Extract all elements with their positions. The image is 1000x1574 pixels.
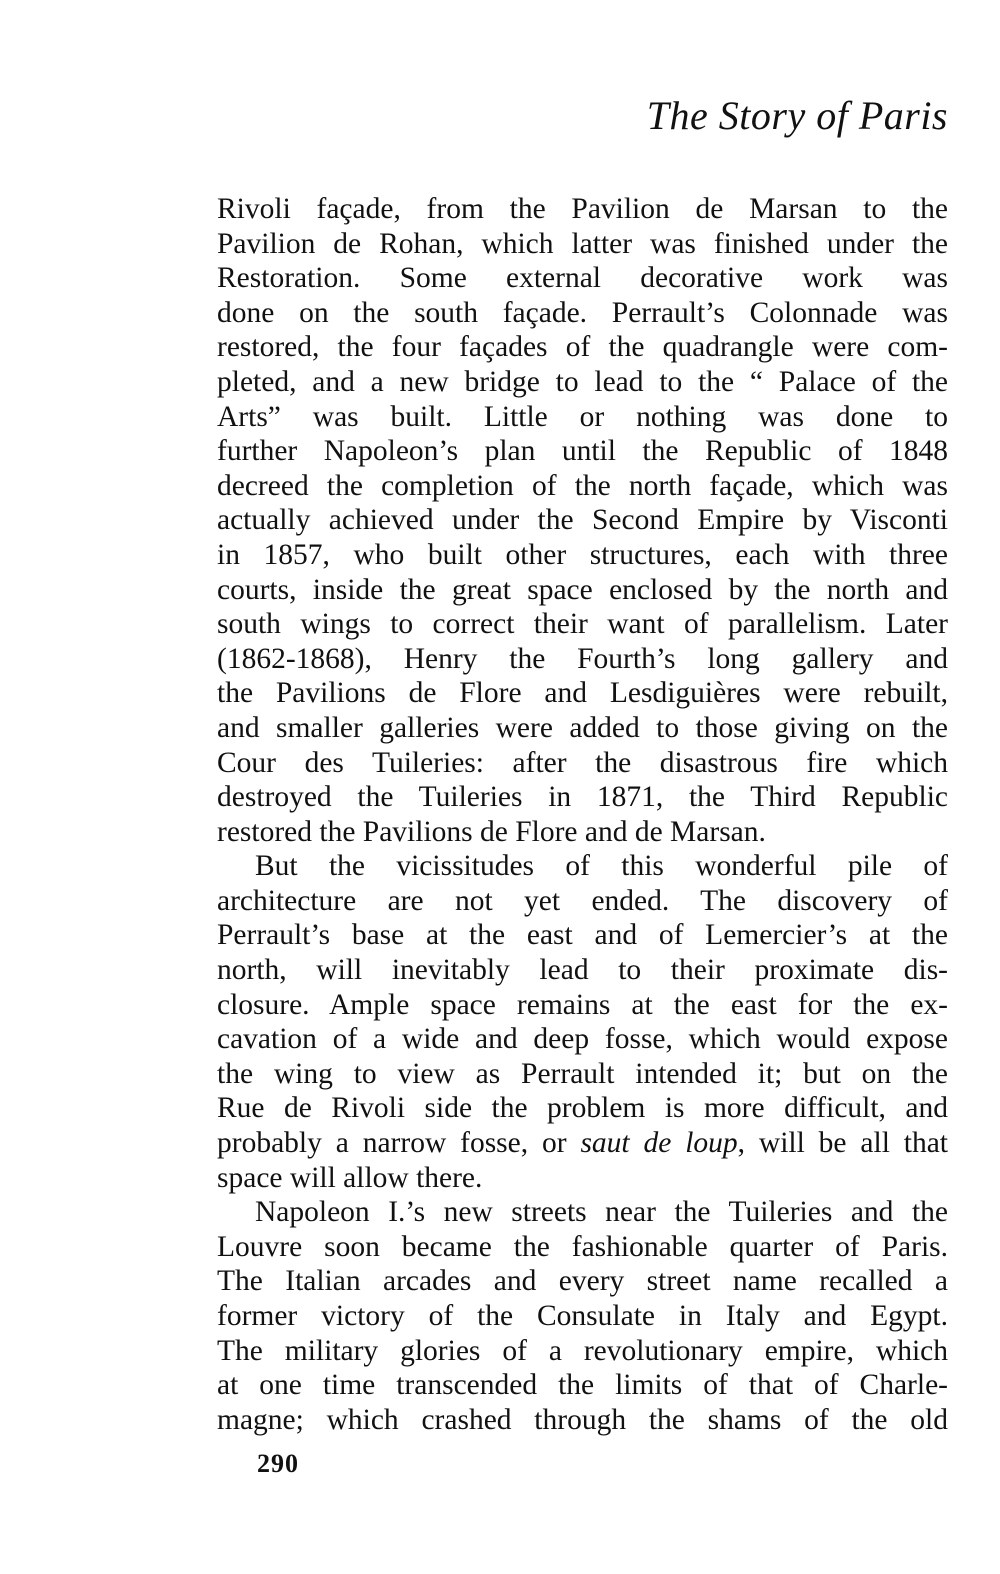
text-line: done on the south façade. Perrault’s Col… <box>217 296 948 331</box>
paragraph-start-line: But the vicissitudes of this wonderful p… <box>217 849 948 884</box>
text-line: the wing to view as Perrault intended it… <box>217 1057 948 1092</box>
text-line: destroyed the Tuileries in 1871, the Thi… <box>217 780 948 815</box>
text-line: north, will inevitably lead to their pro… <box>217 953 948 988</box>
text-line: former victory of the Consulate in Italy… <box>217 1299 948 1334</box>
text-line: Louvre soon became the fashionable quart… <box>217 1230 948 1265</box>
text-line: (1862-1868), Henry the Fourth’s long gal… <box>217 642 948 677</box>
paragraph-start-line: Napoleon I.’s new streets near the Tuile… <box>217 1195 948 1230</box>
text-line: at one time transcended the limits of th… <box>217 1368 948 1403</box>
italic-phrase: saut de loup <box>580 1127 737 1159</box>
text-line: Pavilion de Rohan, which latter was fini… <box>217 227 948 262</box>
text-line: cavation of a wide and deep fosse, which… <box>217 1022 948 1057</box>
body-text: Rivoli façade, from the Pavilion de Mars… <box>217 192 948 1437</box>
text-line: magne; which crashed through the shams o… <box>217 1403 948 1438</box>
text-segment: probably a narrow fosse, or <box>217 1127 580 1159</box>
text-line: Cour des Tuileries: after the disastrous… <box>217 746 948 781</box>
text-line: restored, the four façades of the quadra… <box>217 330 948 365</box>
text-line: actually achieved under the Second Empir… <box>217 503 948 538</box>
text-line: and smaller galleries were added to thos… <box>217 711 948 746</box>
paragraph-end-line: space will allow there. <box>217 1161 948 1196</box>
running-title: The Story of Paris <box>647 96 948 136</box>
text-line: the Pavilions de Flore and Lesdiguières … <box>217 676 948 711</box>
text-line: The military glories of a revolutionary … <box>217 1334 948 1369</box>
text-line: Restoration. Some external decorative wo… <box>217 261 948 296</box>
text-line: south wings to correct their want of par… <box>217 607 948 642</box>
text-segment: , will be all that <box>738 1127 948 1159</box>
text-line: decreed the completion of the north faça… <box>217 469 948 504</box>
text-line: pleted, and a new bridge to lead to the … <box>217 365 948 400</box>
text-line: Arts” was built. Little or nothing was d… <box>217 400 948 435</box>
text-line: Rue de Rivoli side the problem is more d… <box>217 1091 948 1126</box>
text-line: closure. Ample space remains at the east… <box>217 988 948 1023</box>
text-line: Rivoli façade, from the Pavilion de Mars… <box>217 192 948 227</box>
page-number: 290 <box>257 1449 299 1479</box>
text-line: courts, inside the great space enclosed … <box>217 573 948 608</box>
text-line: architecture are not yet ended. The disc… <box>217 884 948 919</box>
text-line: in 1857, who built other structures, eac… <box>217 538 948 573</box>
paragraph-end-line: restored the Pavilions de Flore and de M… <box>217 815 948 850</box>
text-line: The Italian arcades and every street nam… <box>217 1264 948 1299</box>
text-line: probably a narrow fosse, or saut de loup… <box>217 1126 948 1161</box>
text-line: further Napoleon’s plan until the Republ… <box>217 434 948 469</box>
text-line: Perrault’s base at the east and of Lemer… <box>217 918 948 953</box>
